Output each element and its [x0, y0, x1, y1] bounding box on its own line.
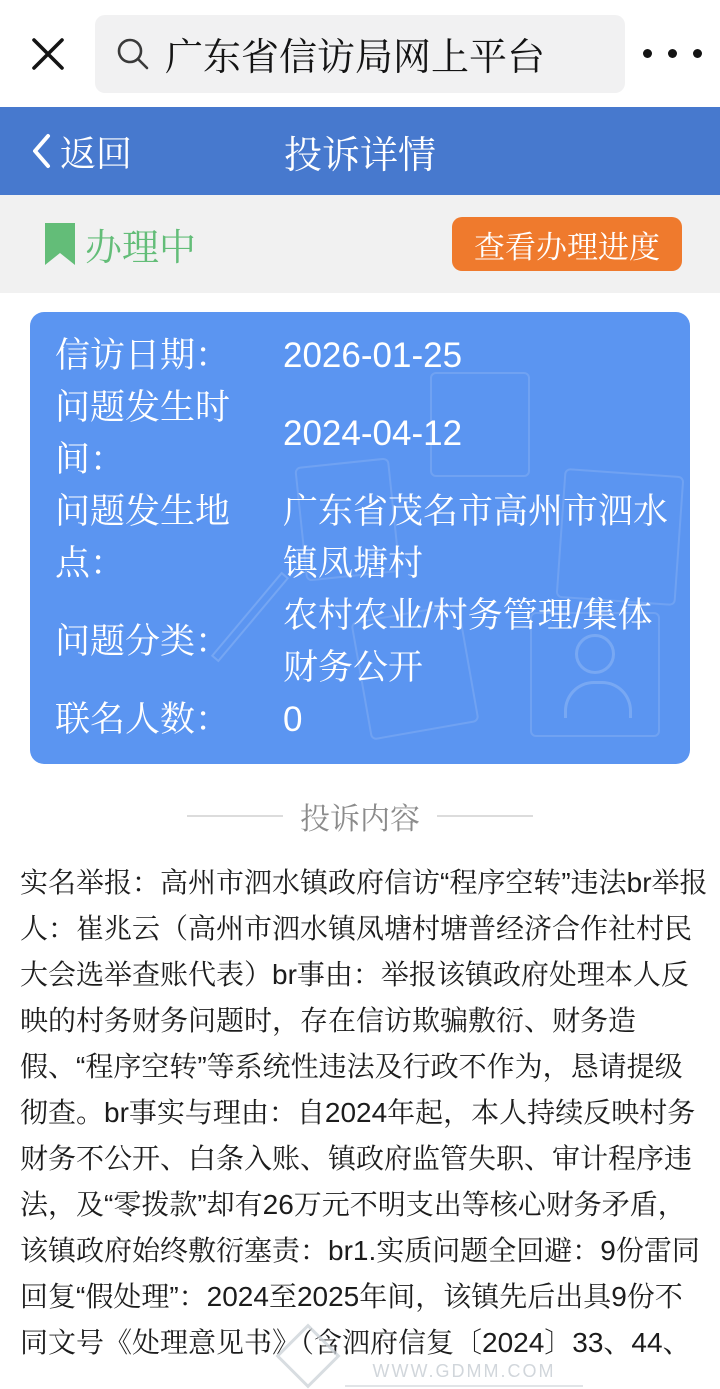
view-progress-button[interactable]: 查看办理进度	[452, 217, 682, 271]
field-label: 信访日期：	[55, 330, 250, 382]
divider-line	[437, 815, 533, 817]
complaint-content: 实名举报：高州市泗水镇政府信访“程序空转”违法br举报 人：崔兆云（高州市泗水镇…	[0, 838, 720, 1366]
field-label: 问题发生地点：	[55, 486, 250, 590]
field-row-issue-category: 问题分类： 农村农业/村务管理/集体财务公开	[55, 590, 675, 694]
field-value: 广东省茂名市高州市泗水镇凤塘村	[283, 486, 675, 590]
content-line: 财务不公开、白条入账、镇政府监管失职、审计程序违	[20, 1136, 720, 1182]
close-icon[interactable]	[0, 37, 95, 71]
navbar: 返回 投诉详情	[0, 107, 720, 195]
detail-card: 信访日期： 2026-01-25 问题发生时间： 2024-04-12 问题发生…	[30, 312, 690, 764]
content-line: 同文号《处理意见书》（含泗府信复〔2024〕33、44、	[20, 1320, 720, 1366]
dot	[693, 49, 702, 58]
watermark-underline	[345, 1385, 583, 1387]
search-bar[interactable]: 广东省信访局网上平台	[95, 15, 625, 93]
complaint-detail-screen: 广东省信访局网上平台 返回 投诉详情 办理中 查看办理进度	[0, 0, 720, 1389]
status-label: 办理中	[85, 217, 196, 271]
field-label: 联名人数：	[55, 694, 250, 746]
field-row-issue-place: 问题发生地点： 广东省茂名市高州市泗水镇凤塘村	[55, 486, 675, 590]
search-icon	[115, 36, 151, 72]
browser-topbar: 广东省信访局网上平台	[0, 0, 720, 107]
search-text: 广东省信访局网上平台	[165, 26, 545, 81]
content-line: 映的村务财务问题时，存在信访欺骗敷衍、财务造	[20, 998, 720, 1044]
status-badge: 办理中	[45, 217, 196, 271]
section-title: 投诉内容	[300, 794, 420, 838]
dot	[643, 49, 652, 58]
divider-line	[187, 815, 283, 817]
field-label: 问题分类：	[55, 616, 250, 668]
close-x-glyph	[31, 37, 65, 71]
section-divider: 投诉内容	[0, 794, 720, 838]
content-line: 人：崔兆云（高州市泗水镇凤塘村塘普经济合作社村民	[20, 906, 720, 952]
chevron-left-icon	[30, 133, 52, 169]
content-line: 法，及“零拨款”却有26万元不明支出等核心财务矛盾，	[20, 1182, 720, 1228]
content-line: 大会选举查账代表）br事由：举报该镇政府处理本人反	[20, 952, 720, 998]
field-row-issue-time: 问题发生时间： 2024-04-12	[55, 382, 675, 486]
content-line: 彻查。br事实与理由：自2024年起，本人持续反映村务	[20, 1090, 720, 1136]
back-label: 返回	[60, 126, 132, 177]
field-value: 2026-01-25	[283, 330, 675, 382]
status-section: 办理中 查看办理进度	[0, 195, 720, 293]
field-row-petition-date: 信访日期： 2026-01-25	[55, 330, 675, 382]
bookmark-icon	[45, 223, 75, 265]
field-row-cosigner-count: 联名人数： 0	[55, 694, 675, 746]
field-label: 问题发生时间：	[55, 382, 250, 486]
content-line: 该镇政府始终敷衍塞责：br1.实质问题全回避：9份雷同	[20, 1228, 720, 1274]
content-line: 实名举报：高州市泗水镇政府信访“程序空转”违法br举报	[20, 860, 720, 906]
back-button[interactable]: 返回	[30, 126, 132, 177]
more-menu-icon[interactable]	[625, 49, 720, 58]
field-value: 2024-04-12	[283, 408, 675, 460]
dot	[668, 49, 677, 58]
content-line: 假、“程序空转”等系统性违法及行政不作为，恳请提级	[20, 1044, 720, 1090]
field-value: 0	[283, 694, 675, 746]
content-line: 回复“假处理”：2024至2025年间，该镇先后出具9份不	[20, 1274, 720, 1320]
field-value: 农村农业/村务管理/集体财务公开	[283, 590, 675, 694]
